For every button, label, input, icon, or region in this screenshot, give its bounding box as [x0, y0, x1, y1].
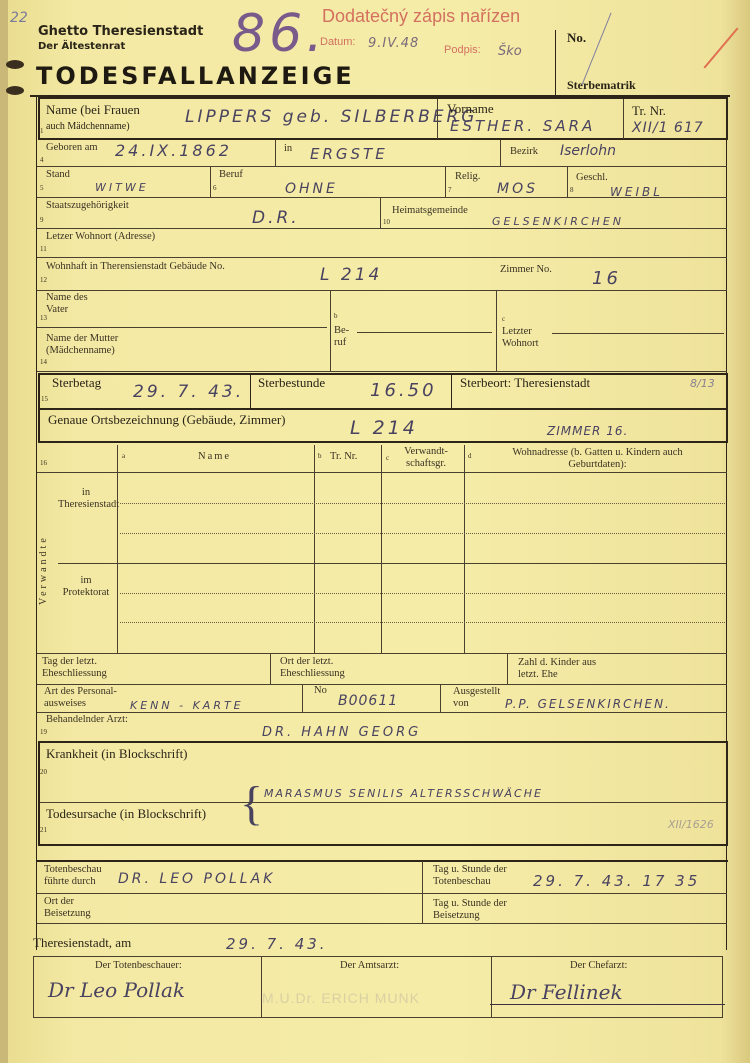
- chefarzt-signature: Dr Fellinek: [510, 980, 623, 1004]
- tag-eheschliessung-label: Tag der letzt. Eheschliessung: [42, 656, 122, 680]
- field-letter: a: [122, 452, 125, 460]
- divider: [250, 375, 251, 408]
- signature-underline: [490, 1004, 725, 1005]
- col-trnr-header: Tr. Nr.: [330, 451, 357, 463]
- zimmer-value[interactable]: 16: [592, 268, 621, 289]
- vorname-value[interactable]: ESTHER. SARA: [450, 117, 595, 135]
- sterbestunde-label: Sterbestunde: [258, 375, 325, 391]
- field-number: 13: [40, 314, 47, 322]
- field-number: 12: [40, 276, 47, 284]
- name-value[interactable]: LIPPERS geb. SILBERBERG: [185, 107, 477, 127]
- divider: [451, 375, 452, 408]
- divider: [275, 140, 276, 166]
- handwritten-number: 86.: [232, 4, 327, 64]
- field-number: 16: [40, 459, 47, 467]
- stamp-podpis-label: Podpis:: [444, 44, 481, 56]
- kinder-label: Zahl d. Kinder aus letzt. Ehe: [518, 657, 598, 681]
- row-divider: [37, 653, 727, 654]
- sterbeort-label: Sterbeort: Theresienstadt: [460, 375, 590, 391]
- field-number: 8: [570, 186, 574, 194]
- divider: [507, 654, 508, 684]
- page-title: TODESFALLANZEIGE: [36, 62, 355, 90]
- field-number: 7: [448, 186, 452, 194]
- divider: [440, 685, 441, 712]
- ausweis-label: Art des Personal- ausweises: [44, 686, 124, 710]
- field-number: 20: [40, 768, 47, 776]
- row-divider: [37, 166, 727, 167]
- divider: [210, 167, 211, 197]
- relatives-row[interactable]: [120, 533, 725, 534]
- amtsarzt-label: Der Amtsarzt:: [340, 960, 399, 972]
- in-value[interactable]: ERGSTE: [310, 145, 388, 163]
- tag-stunde-value[interactable]: 29. 7. 43. 17 35: [533, 872, 700, 890]
- row-divider: [37, 197, 727, 198]
- staat-label: Staatszugehörigkeit: [46, 200, 129, 212]
- row-divider: [37, 684, 727, 685]
- totenbeschau-label: Totenbeschau führte durch: [44, 864, 114, 888]
- place-date-value[interactable]: 29. 7. 43.: [226, 935, 328, 953]
- row-divider: [37, 712, 727, 713]
- field-letter: b: [318, 452, 322, 460]
- field-number: 5: [40, 184, 44, 192]
- wohnhaft-value[interactable]: L 214: [320, 265, 382, 285]
- sterbeort-note: 8/13: [690, 377, 715, 390]
- wohnhaft-label: Wohnhaft in Therensienstadt Gebäude No.: [46, 261, 225, 273]
- relig-label: Relig.: [455, 171, 480, 183]
- bezirk-value[interactable]: Iserlohn: [560, 143, 616, 159]
- relig-value[interactable]: MOS: [497, 181, 538, 197]
- row-divider: [37, 923, 727, 924]
- divider: [491, 956, 492, 1018]
- divider: [422, 861, 423, 923]
- trnr-label: Tr. Nr.: [632, 103, 666, 119]
- place-date-label: Theresienstadt, am: [33, 935, 131, 951]
- no-label: No.: [567, 30, 586, 46]
- divider: [437, 99, 438, 139]
- row-divider: [37, 371, 727, 372]
- zimmer-label: Zimmer No.: [500, 264, 552, 276]
- field-number: 14: [40, 358, 47, 366]
- ausweis-value[interactable]: KENN - KARTE: [130, 699, 244, 712]
- krankheit-label: Krankheit (in Blockschrift): [46, 746, 188, 762]
- ausweis-no-label: No: [314, 685, 327, 697]
- pencil-note: XII/1626: [668, 818, 714, 831]
- divider: [330, 291, 331, 371]
- ausgestellt-value[interactable]: P.P. GELSENKIRCHEN.: [505, 697, 671, 711]
- relatives-row[interactable]: [120, 503, 725, 504]
- divider: [500, 140, 501, 166]
- stand-value[interactable]: WITWE: [95, 181, 149, 194]
- divider: [496, 291, 497, 371]
- in-label: in: [284, 143, 292, 155]
- relatives-row[interactable]: [120, 622, 725, 623]
- vater-label: Name des Vater: [46, 292, 106, 316]
- chefarzt-label: Der Chefarzt:: [570, 960, 627, 972]
- beruf-label: Beruf: [219, 169, 243, 181]
- ort-beisetzung-label: Ort der Beisetzung: [44, 896, 114, 920]
- field-number: 6: [213, 184, 217, 192]
- divider: [623, 99, 624, 139]
- letzter-wohnort-c-label: Letzter Wohnort: [502, 326, 550, 350]
- totenbeschau-value[interactable]: DR. LEO POLLAK: [118, 871, 275, 887]
- field-number: 9: [40, 216, 44, 224]
- row-divider: [37, 228, 727, 229]
- row-protektorat-label: im Protektorat: [58, 575, 114, 599]
- sterbematrik-label: Sterbematrik: [567, 78, 636, 93]
- field-letter: c: [502, 315, 505, 323]
- header-divider: [555, 30, 556, 95]
- beruf-b-label: Be- ruf: [334, 325, 356, 349]
- geboren-label: Geboren am: [46, 142, 98, 154]
- ausgestellt-label: Ausgestellt von: [453, 686, 493, 710]
- amtsarzt-stamp: M.U.Dr. ERICH MUNK: [262, 990, 420, 1006]
- corner-number: 22: [10, 10, 28, 26]
- row-theresienstadt-label: in Theresienstadt: [58, 487, 114, 511]
- group-divider: [58, 563, 726, 564]
- beruf-value[interactable]: OHNE: [285, 181, 338, 197]
- field-number: 21: [40, 826, 47, 834]
- divider: [261, 956, 262, 1018]
- staat-value[interactable]: D.R.: [252, 208, 300, 228]
- divider: [567, 167, 568, 197]
- field-letter: d: [468, 452, 472, 460]
- todesursache-label: Todesursache (in Blockschrift): [46, 806, 206, 822]
- row-divider: [37, 290, 727, 291]
- vorname-label: Vorname: [447, 101, 494, 117]
- stamp-datum-value: 9.IV.48: [368, 36, 419, 51]
- tag-stunde-label: Tag u. Stunde der Totenbeschau: [433, 864, 523, 888]
- sterbetag-value[interactable]: 29. 7. 43.: [133, 382, 244, 402]
- divider: [270, 654, 271, 684]
- col-name-header: Name: [198, 451, 231, 463]
- genaue-value-room[interactable]: ZIMMER 16.: [547, 424, 628, 438]
- sterbestunde-value[interactable]: 16.50: [370, 380, 437, 401]
- ausweis-no-value[interactable]: B00611: [338, 693, 398, 709]
- brace-mark: {: [240, 780, 263, 828]
- genaue-value-building[interactable]: L 214: [350, 417, 418, 439]
- genaue-label: Genaue Ortsbezeichnung (Gebäude, Zimmer): [48, 412, 286, 428]
- mutter-label: Name der Mutter (Mädchenname): [46, 333, 186, 357]
- relatives-row[interactable]: [120, 593, 725, 594]
- tag-beisetzung-label: Tag u. Stunde der Beisetzung: [433, 898, 523, 922]
- divider: [380, 198, 381, 228]
- stand-label: Stand: [46, 169, 70, 181]
- divider: [445, 167, 446, 197]
- field-letter: c: [386, 454, 389, 462]
- org-name: Ghetto Theresienstadt: [38, 24, 203, 39]
- row-divider: [37, 257, 727, 258]
- paper-edge: [0, 0, 8, 1063]
- stamp-text: Dodatečný zápis nařízen: [322, 6, 520, 27]
- geboren-value[interactable]: 24.IX.1862: [115, 141, 232, 160]
- row-divider: [40, 802, 726, 803]
- arzt-label: Behandelnder Arzt:: [46, 714, 128, 726]
- field-number: 4: [40, 156, 44, 164]
- field-number: 15: [41, 395, 48, 403]
- name-label: Name (bei Frauenauch Mädchenname): [46, 102, 140, 134]
- col-verwandt-header: Verwandt- schaftsgr.: [396, 446, 456, 470]
- row-divider: [37, 327, 327, 328]
- totenbeschauer-signature: Dr Leo Pollak: [48, 978, 185, 1002]
- stamp-podpis-value: Ško: [498, 44, 522, 59]
- divider: [302, 685, 303, 712]
- field-number: 1: [40, 127, 44, 135]
- row-divider: [38, 408, 728, 410]
- verwandte-side-label: Verwandte: [38, 525, 50, 605]
- arzt-value[interactable]: DR. HAHN GEORG: [262, 725, 421, 740]
- field-number: 10: [383, 218, 390, 226]
- totenbeschauer-label: Der Totenbeschauer:: [95, 960, 182, 972]
- field-number: 11: [40, 245, 47, 253]
- frame-left: [36, 95, 37, 950]
- disease-value[interactable]: MARASMUS SENILIS ALTERSSCHWÄCHE: [264, 787, 543, 800]
- letzter-wohnort-label: Letzer Wohnort (Adresse): [46, 231, 155, 243]
- org-subname: Der Ältestenrat: [38, 41, 125, 52]
- field-letter: b: [334, 312, 338, 320]
- punch-hole: [6, 86, 24, 95]
- field-number: 19: [40, 728, 47, 736]
- heimat-label: Heimatsgemeinde: [392, 205, 468, 217]
- fill-line: [552, 333, 724, 334]
- col-divider: [117, 445, 118, 653]
- punch-hole: [6, 60, 24, 69]
- col-wohn-header: Wohnadresse (b. Gatten u. Kindern auch G…: [490, 447, 705, 471]
- header-divider: [37, 472, 727, 473]
- bezirk-label: Bezirk: [510, 146, 538, 158]
- ort-eheschliessung-label: Ort der letzt. Eheschliessung: [280, 656, 360, 680]
- sterbetag-label: Sterbetag: [52, 375, 101, 391]
- geschl-label: Geschl.: [576, 172, 608, 184]
- heimat-value[interactable]: GELSENKIRCHEN: [492, 215, 624, 228]
- row-divider: [37, 893, 727, 894]
- row-divider: [36, 860, 728, 862]
- stamp-datum-label: Datum:: [320, 36, 355, 48]
- trnr-value[interactable]: XII/1 617: [632, 120, 704, 136]
- fill-line: [357, 332, 492, 333]
